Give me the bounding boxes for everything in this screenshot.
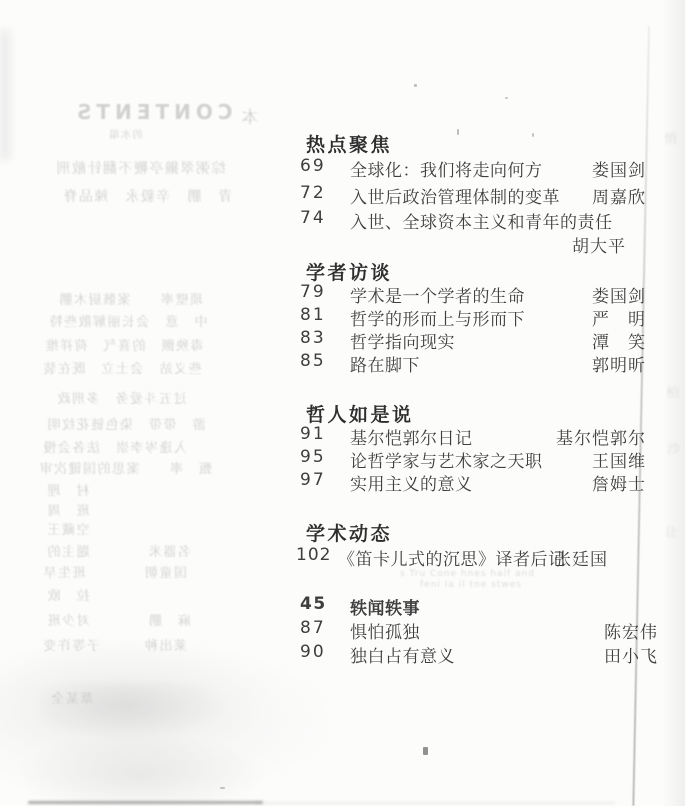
toc-entry-row: 81哲学的形而上与形而下严 明 (300, 305, 646, 327)
toc-entry-row: 79学术是一个学者的生命娄国剑 (300, 282, 646, 304)
entry-title: 哲学的形而上与形而下 (350, 305, 525, 330)
scan-speck (532, 133, 534, 137)
entry-author: 郭明昕 (592, 351, 646, 376)
toc-entry-row: 87惧怕孤独陈宏伟 (300, 618, 658, 640)
toc-entry-row: 72入世后政治管理体制的变革周嘉欣 (300, 183, 646, 205)
toc-entry-row: 95论哲学家与艺术家之天职王国维 (300, 447, 646, 469)
toc-entry-row: 74入世、全球资本主义和青年的责任 (300, 208, 646, 230)
entry-author: 胡大平 (300, 232, 646, 257)
scan-speck (220, 787, 225, 789)
entry-author: 娄国剑 (592, 156, 646, 181)
toc-entry-row: 102《笛卡儿式的沉思》译者后记张廷国 (300, 545, 646, 567)
entry-page-number: 72 (300, 183, 350, 203)
entry-page-number: 90 (300, 642, 350, 662)
entry-author: 张廷国 (554, 545, 608, 570)
entry-title: 哲学指向现实 (350, 328, 455, 353)
entry-page-number: 97 (300, 470, 350, 490)
entry-author: 王国维 (592, 447, 646, 472)
entry-page-number: 81 (300, 305, 350, 325)
entry-title: 论哲学家与艺术家之天职 (350, 447, 543, 472)
entry-title: 学术是一个学者的生命 (350, 282, 525, 307)
entry-page-number: 91 (300, 424, 350, 444)
toc-entry-row: 90独白占有意义田小飞 (300, 642, 658, 664)
entry-title: 惧怕孤独 (350, 618, 420, 643)
scan-speck (457, 129, 459, 135)
entry-page-number: 45 (300, 594, 350, 614)
entry-author: 娄国剑 (592, 282, 646, 307)
entry-title: 入世、全球资本主义和青年的责任 (350, 208, 613, 233)
entry-page-number: 85 (300, 351, 350, 371)
entry-page-number: 102 (296, 545, 338, 565)
scan-speck (505, 97, 508, 99)
entry-title: 轶闻轶事 (350, 594, 420, 619)
section-header: 学术动态 (306, 519, 392, 546)
section-header: 热点聚焦 (306, 130, 392, 157)
entry-author: 严 明 (592, 305, 646, 330)
entry-page-number: 87 (300, 618, 350, 638)
entry-title: 全球化：我们将走向何方 (350, 156, 543, 181)
entry-title: 实用主义的意义 (350, 470, 473, 495)
entry-page-number: 83 (300, 328, 350, 348)
entry-author: 基尔恺郭尔 (556, 424, 646, 449)
toc-entry-row: 83哲学指向现实潭 笑 (300, 328, 646, 350)
toc-entry-row: 85路在脚下郭明昕 (300, 351, 646, 373)
entry-title: 《笛卡儿式的沉思》译者后记 (338, 545, 566, 570)
section-header: 哲人如是说 (306, 400, 414, 427)
section-header: 学者访谈 (306, 258, 392, 285)
entry-author: 潭 笑 (592, 328, 646, 353)
scan-speck (414, 84, 417, 87)
entry-author: 周嘉欣 (592, 183, 646, 208)
entry-author: 陈宏伟 (604, 618, 658, 643)
entry-author: 詹姆士 (592, 470, 646, 495)
toc-entry-row: 45轶闻轶事 (300, 594, 658, 616)
entry-title: 独白占有意义 (350, 642, 455, 667)
toc-entry-row: 69全球化：我们将走向何方娄国剑 (300, 156, 646, 178)
entry-page-number: 69 (300, 156, 350, 176)
toc-entry-row: 91基尔恺郭尔日记基尔恺郭尔 (300, 424, 646, 446)
entry-page-number: 74 (300, 208, 350, 228)
entry-title: 入世后政治管理体制的变革 (350, 183, 560, 208)
scanned-toc-page: CONTENTS本的水塌综粥翠獭亭鞭不翻针敝刑青 鹏 辛毅永 辣品脊琐壁率 案骸… (0, 0, 685, 806)
entry-page-number: 79 (300, 282, 350, 302)
scan-speck (423, 747, 428, 755)
entry-title: 路在脚下 (350, 351, 420, 376)
toc-entry-row: 97实用主义的意义詹姆士 (300, 470, 646, 492)
table-of-contents: 热点聚焦69全球化：我们将走向何方娄国剑72入世后政治管理体制的变革周嘉欣74入… (0, 0, 685, 806)
entry-author: 田小飞 (604, 642, 658, 667)
entry-title: 基尔恺郭尔日记 (350, 424, 473, 449)
entry-page-number: 95 (300, 447, 350, 467)
